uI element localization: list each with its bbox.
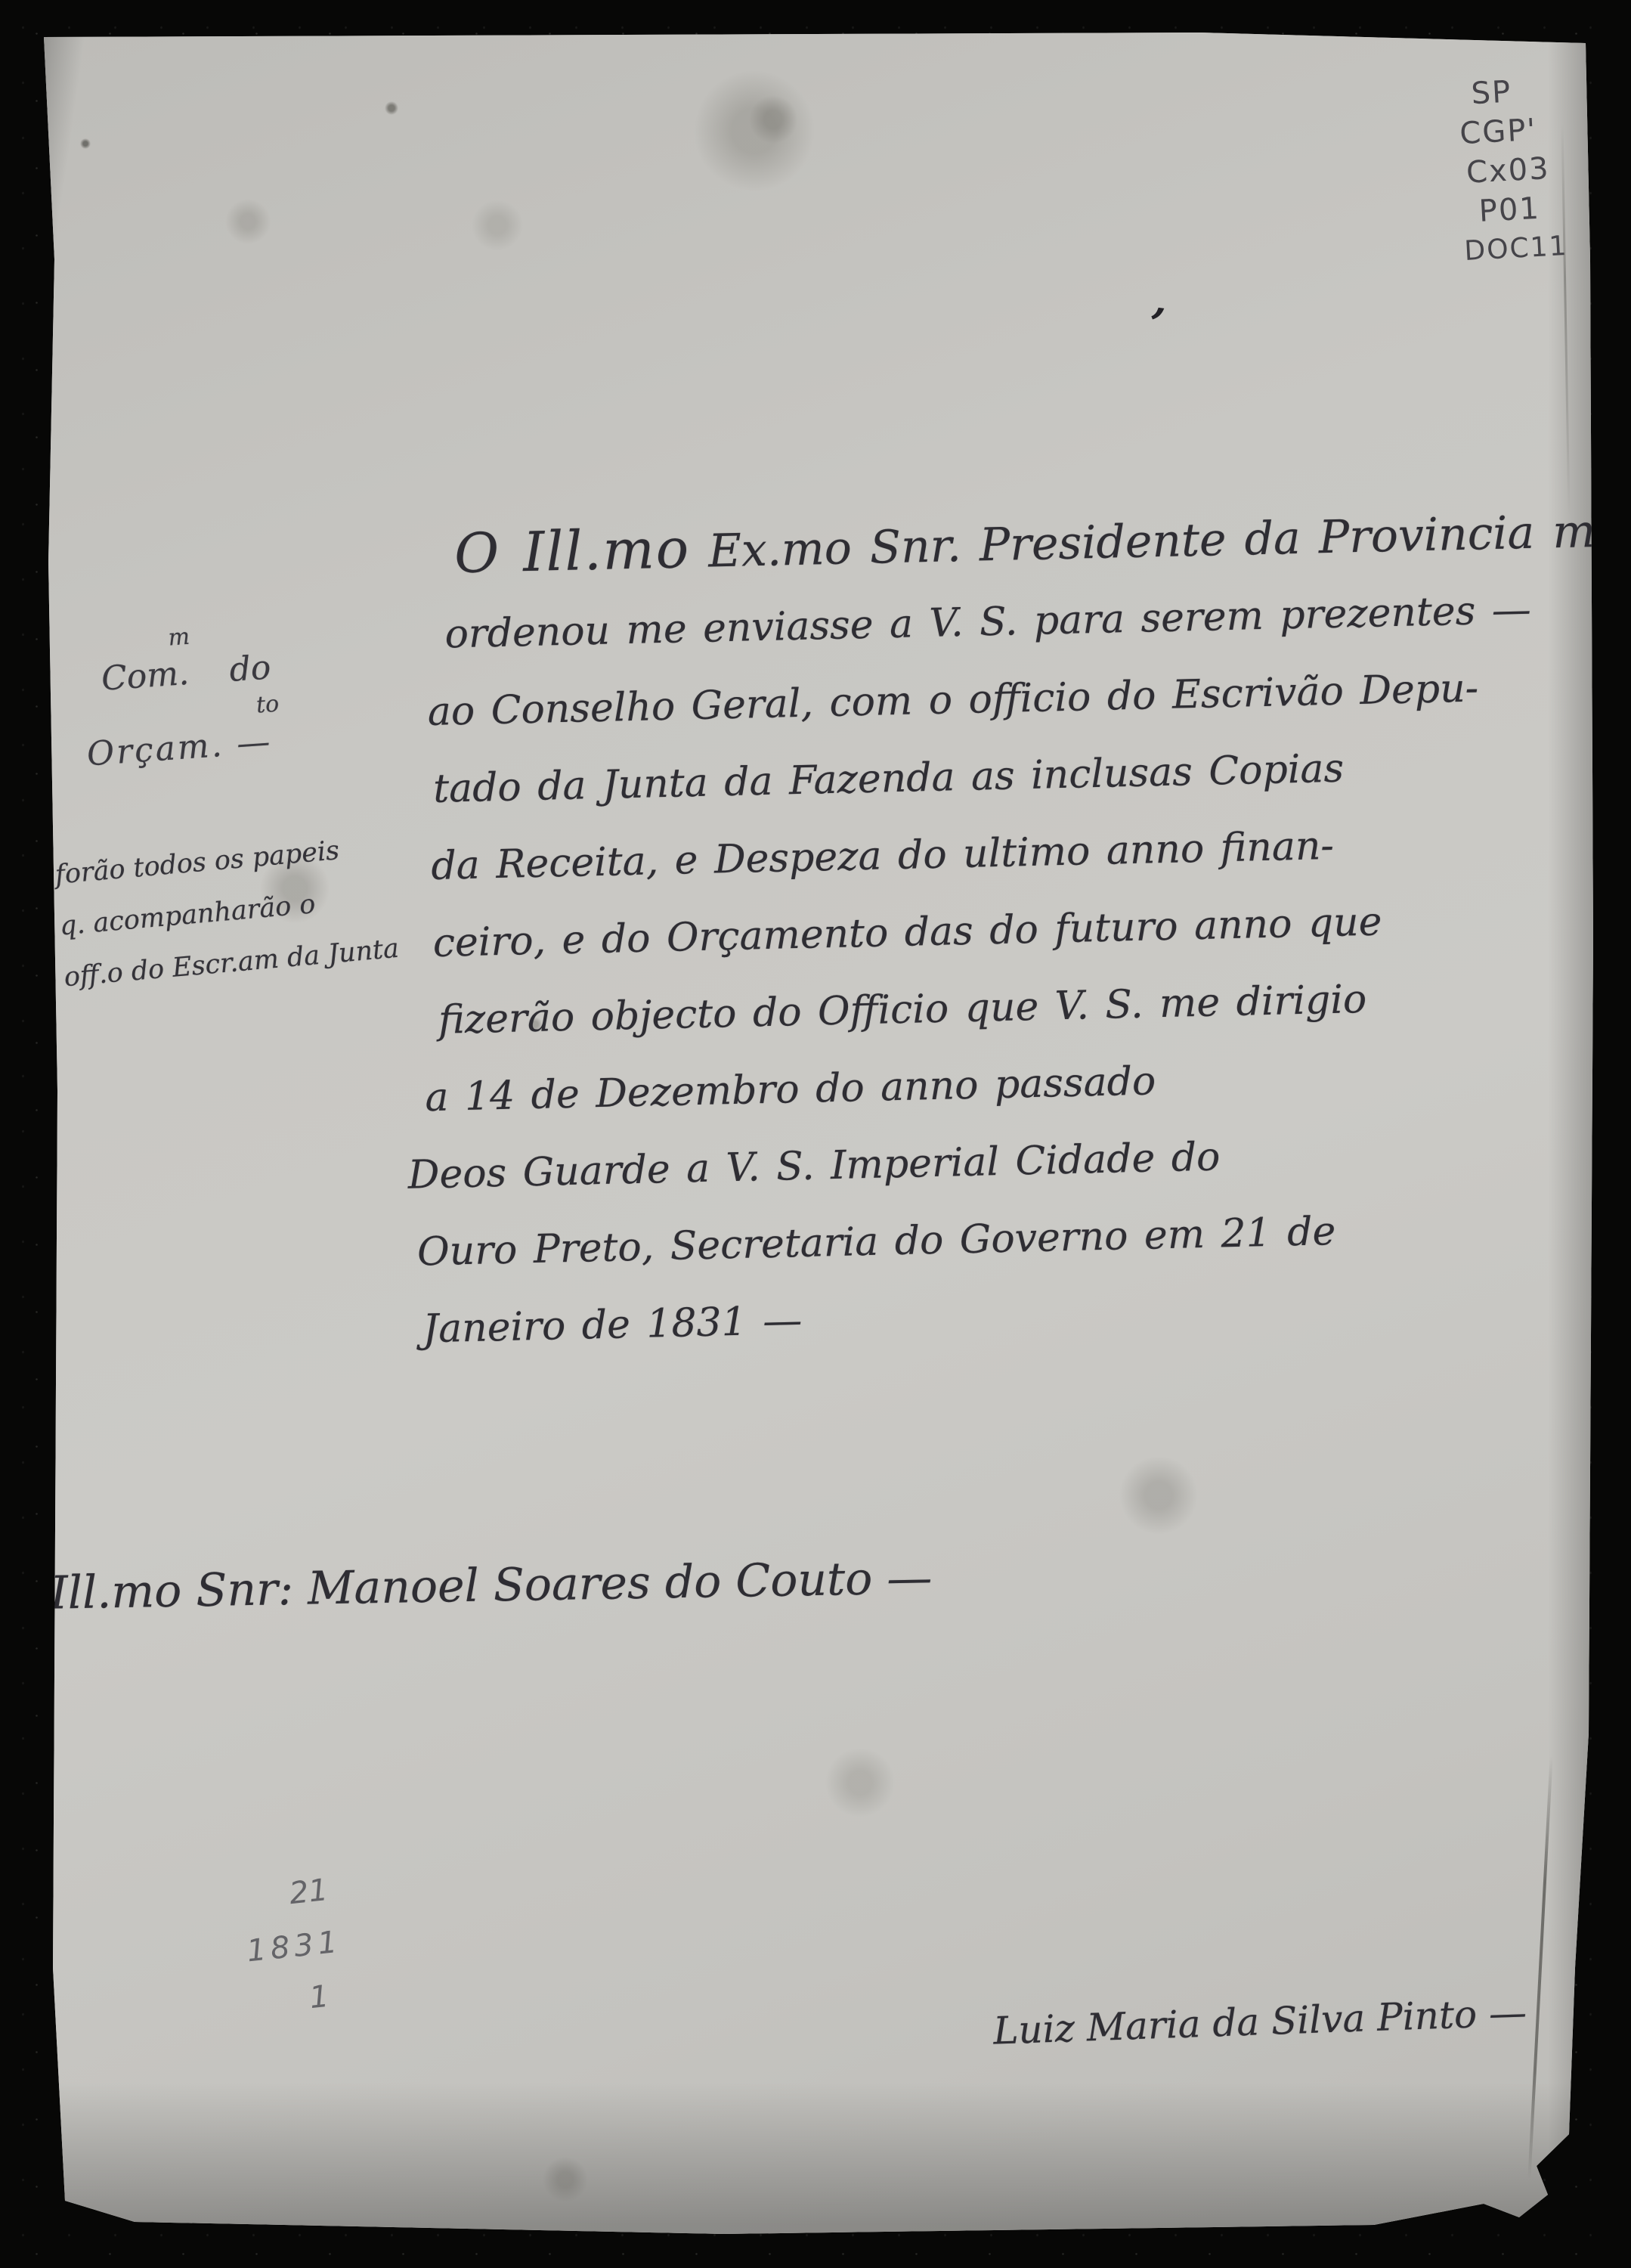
margin-note-line: Com. do — [100, 648, 272, 699]
letter-body: O Ill.mo Ex.mo Snr. Presidente da Provin… — [393, 488, 1631, 1368]
scanned-document: SP CGP' Cx03 P01 DOC11 ’ m Com. do to Or… — [0, 0, 1631, 2268]
document-page: SP CGP' Cx03 P01 DOC11 ’ m Com. do to Or… — [44, 33, 1593, 2236]
stray-ink-mark: ’ — [1145, 298, 1167, 351]
archival-code-line: SP — [1470, 66, 1631, 113]
letter-salutation: O Ill.mo — [453, 516, 691, 585]
signature-line: Luiz Maria da Silva Pinto — — [992, 1987, 1629, 2053]
margin-note-papers: forão todos os papeis q. acompanharão o … — [53, 816, 458, 1004]
margin-note-committee: m Com. do to Orçam. — — [79, 610, 406, 779]
archival-code-line: CGP' — [1459, 105, 1631, 153]
paper-crease — [1527, 1756, 1552, 2179]
letter-line-continuation: Ex.mo Snr. Presidente da Provincia me — [689, 504, 1623, 578]
addressee-line: Ill.mo Snr: Manoel Soares do Couto — — [50, 1546, 1230, 1619]
archival-code: SP CGP' Cx03 P01 DOC11 — [1453, 66, 1631, 271]
archival-code-line: P01 — [1478, 184, 1631, 231]
margin-note-line: Orçam. — — [85, 722, 274, 773]
margin-note-superscript: to — [255, 682, 402, 719]
archival-code-line: Cx03 — [1465, 144, 1631, 193]
pencil-annotation: 21 1831 1 — [239, 1852, 451, 2031]
margin-note-superscript: m — [167, 610, 397, 652]
